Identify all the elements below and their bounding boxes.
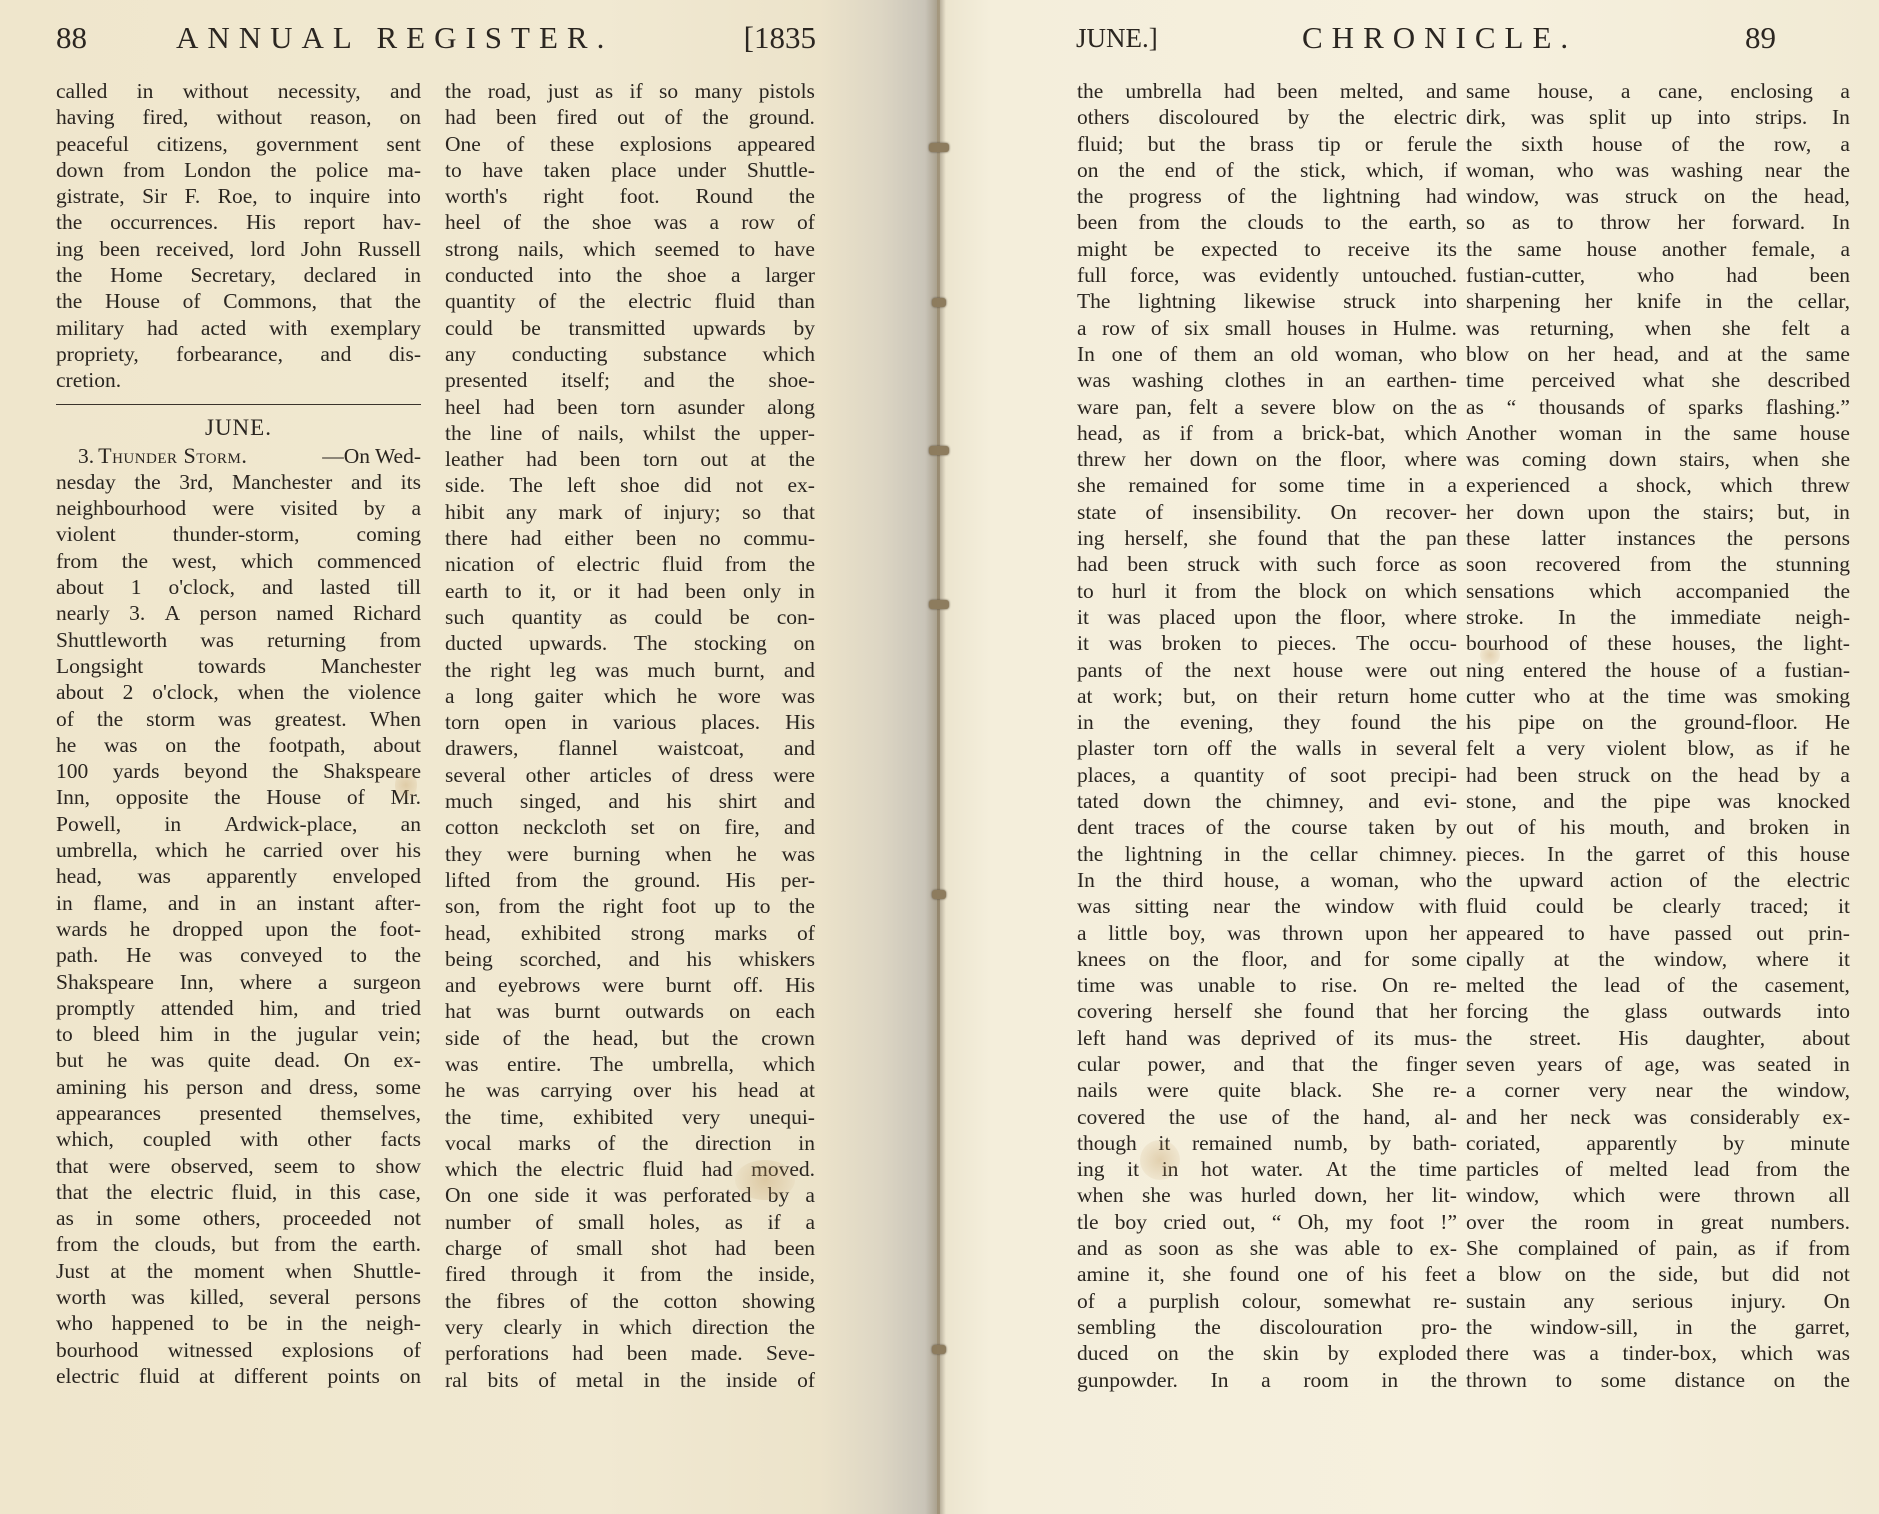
text-line: ablowontheside,butdidnot — [1466, 1261, 1850, 1287]
text-line: theprogressofthelightninghad — [1077, 183, 1457, 209]
text-line: numberofsmallholes,asifa — [445, 1209, 815, 1235]
text-line: lefthandwasdeprivedofitsmus- — [1077, 1025, 1457, 1051]
entry-title: Thunder Storm. — [98, 443, 247, 469]
column-1: calledinwithoutnecessity,andhavingfired,… — [56, 78, 421, 1389]
text-line: fromthewest,whichcommenced — [56, 548, 421, 574]
text-line: hewascarryingoverhisheadat — [445, 1077, 815, 1103]
text-line: alittleboy,wasthrownuponher — [1077, 920, 1457, 946]
page-number: 89 — [1745, 18, 1776, 58]
text-line: about1o'clock,andlastedtill — [56, 574, 421, 600]
text-line: hadbeenfiredoutoftheground. — [445, 104, 815, 130]
text-line: feltaveryviolentblow,asifhe — [1466, 735, 1850, 761]
text-line: plastertornoffthewallsinseveral — [1077, 735, 1457, 761]
text-line: anyconductingsubstancewhich — [445, 341, 815, 367]
text-line: fromtheclouds,butfromtheearth. — [56, 1231, 421, 1257]
text-line: thelineofnails,whilsttheupper- — [445, 420, 815, 446]
text-line: throwntosomedistanceonthe — [1466, 1367, 1850, 1393]
text-line: othersdiscolouredbytheelectric — [1077, 104, 1457, 130]
text-line: experiencedashock,whichthrew — [1466, 472, 1850, 498]
text-line: dirk,wassplitupintostrips.In — [1466, 104, 1850, 130]
text-line: wassittingnearthewindowwith — [1077, 893, 1457, 919]
binding-thread — [937, 0, 940, 1514]
text-line: wardshedroppeduponthefoot- — [56, 916, 421, 942]
text-line: Anotherwomaninthesamehouse — [1466, 420, 1850, 446]
text-line: arowofsixsmallhousesinHulme. — [1077, 315, 1457, 341]
text-line: couldbetransmittedupwardsby — [445, 315, 815, 341]
book-spread: 88 ANNUAL REGISTER. [1835 calledinwithou… — [0, 0, 1879, 1514]
text-line: fustian-cutter,whohadbeen — [1466, 262, 1850, 288]
text-line: cutterwhoatthetimewassmoking — [1466, 683, 1850, 709]
text-line: hadbeenstruckontheheadbya — [1466, 762, 1850, 788]
text-line: militaryhadactedwithexemplary — [56, 315, 421, 341]
text-line: beingscorched,andhiswhiskers — [445, 946, 815, 972]
text-line: side.Theleftshoedidnotex- — [445, 472, 815, 498]
text-line: thetime,exhibitedveryunequi- — [445, 1104, 815, 1130]
text-line: whohappenedtobeintheneigh- — [56, 1310, 421, 1336]
text-line: pantsofthenexthousewereout — [1077, 657, 1457, 683]
text-line: propriety,forbearance,anddis- — [56, 341, 421, 367]
text-line: itwasplaceduponthefloor,where — [1077, 604, 1457, 630]
text-line: Inn,oppositetheHouseofMr. — [56, 784, 421, 810]
text-line: soonrecoveredfromthestunning — [1466, 551, 1850, 577]
text-line: forcingtheglassoutwardsinto — [1466, 998, 1850, 1024]
text-line: thattheelectricfluid,inthiscase, — [56, 1179, 421, 1205]
text-line: asinsomeothers,proceedednot — [56, 1205, 421, 1231]
text-line: timewasunabletorise.Onre- — [1077, 972, 1457, 998]
page-number: 88 — [56, 18, 87, 58]
text-line: drawers,flannelwaistcoat,and — [445, 735, 815, 761]
text-line: thatwereobserved,seemtoshow — [56, 1153, 421, 1179]
text-line: appearancespresentedthemselves, — [56, 1100, 421, 1126]
text-line: particlesofmeltedleadfromthe — [1466, 1156, 1850, 1182]
text-line: alonggaiterwhichheworewas — [445, 683, 815, 709]
binding-knot — [932, 298, 946, 307]
text-line: worth'srightfoot.Roundthe — [445, 183, 815, 209]
text-line: therehadeitherbeennocommu- — [445, 525, 815, 551]
right-running-head: JUNE.] CHRONICLE. 89 — [1076, 18, 1776, 58]
text-line: andherneckwasconsiderablyex- — [1466, 1104, 1850, 1130]
text-line: atwork;but,ontheirreturnhome — [1077, 683, 1457, 709]
text-line: tornopeninvariousplaces.His — [445, 709, 815, 735]
text-line: theHomeSecretary,declaredin — [56, 262, 421, 288]
text-line: path.Hewasconveyedtothe — [56, 942, 421, 968]
text-line: electricfluidatdifferentpointson — [56, 1363, 421, 1389]
paper-stain — [395, 770, 417, 800]
text-line: ingbeenreceived,lordJohnRussell — [56, 236, 421, 262]
text-line: warepan,feltasevereblowonthe — [1077, 394, 1457, 420]
text-line: ningenteredthehouseofafustian- — [1466, 657, 1850, 683]
column-3: theumbrellahadbeenmelted,andothersdiscol… — [1077, 78, 1457, 1393]
text-line: bourhoodofthesehouses,thelight- — [1466, 630, 1850, 656]
text-line: meltedtheleadofthecasement, — [1466, 972, 1850, 998]
text-line: promptlyattendedhim,andtried — [56, 995, 421, 1021]
text-line: fullforce,wasevidentlyuntouched. — [1077, 262, 1457, 288]
binding-knot — [932, 890, 946, 899]
text-line: thestreet.Hisdaughter,about — [1466, 1025, 1850, 1051]
text-line: earthtoit,orithadbeenonlyin — [445, 578, 815, 604]
column-4: samehouse,acane,enclosingadirk,wassplitu… — [1466, 78, 1850, 1393]
text-line: window,wasstruckonthehead, — [1466, 183, 1850, 209]
text-line: cipallyatthewindow,whereit — [1466, 946, 1850, 972]
year-bracket: [1835 — [744, 18, 816, 58]
text-line: therightlegwasmuchburnt,and — [445, 657, 815, 683]
text-line: waswashingclothesinanearthen- — [1077, 367, 1457, 393]
text-line: amininghispersonanddress,some — [56, 1074, 421, 1100]
text-line: tobleedhiminthejugularvein; — [56, 1021, 421, 1047]
section-heading: JUNE. — [56, 413, 421, 443]
text-line: Inoneofthemanoldwoman,who — [1077, 341, 1457, 367]
text-line: whenshewashurleddown,herlit- — [1077, 1182, 1457, 1208]
text-line: wasreturning,whenshefelta — [1466, 315, 1850, 341]
text-line: fluid;butthebrasstiporferule — [1077, 131, 1457, 157]
left-running-head: 88 ANNUAL REGISTER. [1835 — [56, 18, 816, 58]
text-line: sheremainedforsometimeina — [1077, 472, 1457, 498]
text-line: appearedtohavepassedoutprin- — [1466, 920, 1850, 946]
text-line: therewasatinder-box,whichwas — [1466, 1340, 1850, 1366]
text-line: Thelightninglikewisestruckinto — [1077, 288, 1457, 314]
text-line: Inthethirdhouse,awoman,who — [1077, 867, 1457, 893]
text-line: theupwardactionoftheelectric — [1466, 867, 1850, 893]
paper-stain — [1480, 645, 1500, 665]
column-3-body-text: theumbrellahadbeenmelted,andothersdiscol… — [1077, 78, 1457, 1393]
text-line: inflame,andinaninstantafter- — [56, 890, 421, 916]
text-line: tohurlitfromtheblockonwhich — [1077, 578, 1457, 604]
text-line: heelhadbeentornasunderalong — [445, 394, 815, 420]
text-line: itwasbrokentopieces.Theoccu- — [1077, 630, 1457, 656]
text-line: ralbitsofmetalintheinsideof — [445, 1367, 815, 1393]
text-line: blowonherhead,andatthesame — [1466, 341, 1850, 367]
text-line: amineit,shefoundoneofhisfeet — [1077, 1261, 1457, 1287]
text-line: thesixthhouseoftherow,a — [1466, 131, 1850, 157]
text-line: coveringherselfshefoundthather — [1077, 998, 1457, 1024]
text-line: hewasonthefootpath,about — [56, 732, 421, 758]
text-line: theoccurrences.Hisreporthav- — [56, 209, 421, 235]
entry-number: 3. — [78, 443, 94, 469]
text-line: downfromLondonthepolicema- — [56, 157, 421, 183]
text-line: ofapurplishcolour,somewhatre- — [1077, 1288, 1457, 1314]
text-line: theHouseofCommons,thatthe — [56, 288, 421, 314]
text-line: theselatterinstancesthepersons — [1466, 525, 1850, 551]
text-line: sharpeningherknifeinthecellar, — [1466, 288, 1850, 314]
text-line: tateddownthechimney,andevi- — [1077, 788, 1457, 814]
text-line: neighbourhoodwerevisitedbya — [56, 495, 421, 521]
text-line: veryclearlyinwhichdirectionthe — [445, 1314, 815, 1340]
text-line: heeloftheshoewasarowof — [445, 209, 815, 235]
text-line: leatherhadbeentornoutatthe — [445, 446, 815, 472]
text-line: quantityoftheelectricfluidthan — [445, 288, 815, 314]
text-line: sensationswhichaccompaniedthe — [1466, 578, 1850, 604]
paper-stain — [1140, 1140, 1180, 1180]
text-line: nesdaythe3rd,Manchesterandits — [56, 469, 421, 495]
text-line: denttracesofthecoursetakenby — [1077, 814, 1457, 840]
text-line: head,asiffromabrick-bat,which — [1077, 420, 1457, 446]
text-line: timeperceivedwhatshedescribed — [1466, 367, 1850, 393]
text-line: calledinwithoutnecessity,and — [56, 78, 421, 104]
text-line: woman,whowaswashingnearthe — [1466, 157, 1850, 183]
section-divider-rule — [56, 404, 421, 405]
text-line: stroke.Intheimmediateneigh- — [1466, 604, 1850, 630]
text-line: tohavetakenplaceunderShuttle- — [445, 157, 815, 183]
text-line: presenteditself;andtheshoe- — [445, 367, 815, 393]
text-line: cretion. — [56, 367, 421, 393]
text-line: strongnails,whichseemedtohave — [445, 236, 815, 262]
text-line: hadbeenstruckwithsuchforceas — [1077, 551, 1457, 577]
text-line: ingherself,shefoundthatthepan — [1077, 525, 1457, 551]
text-line: beenfromthecloudstotheearth, — [1077, 209, 1457, 235]
text-line: herdownuponthestairs;but,in — [1466, 499, 1850, 525]
text-line: theumbrellahadbeenmelted,and — [1077, 78, 1457, 104]
text-line: thoughitremainednumb,bybath- — [1077, 1130, 1457, 1156]
text-line: muchsinged,andhisshirtand — [445, 788, 815, 814]
text-line: andassoonasshewasabletoex- — [1077, 1235, 1457, 1261]
text-line: JustatthemomentwhenShuttle- — [56, 1258, 421, 1284]
text-line: ShakspeareInn,whereasurgeon — [56, 969, 421, 995]
text-line: ductedupwards.Thestockingon — [445, 630, 815, 656]
text-line: places,aquantityofsootprecipi- — [1077, 762, 1457, 788]
text-line: ontheendofthestick,which,if — [1077, 157, 1457, 183]
text-line: threwherdownonthefloor,where — [1077, 446, 1457, 472]
text-line: stone,andthepipewasknocked — [1466, 788, 1850, 814]
text-line: thefibresofthecottonshowing — [445, 1288, 815, 1314]
running-title: ANNUAL REGISTER. — [176, 18, 613, 58]
month-bracket: JUNE.] — [1076, 18, 1158, 58]
entry-first-line: 3. Thunder Storm.—On Wed- — [56, 443, 421, 469]
text-line: pieces.Inthegarretofthishouse — [1466, 841, 1850, 867]
text-line: umbrella,whichhecarriedoverhis — [56, 837, 421, 863]
text-line: soastothrowherforward.In — [1466, 209, 1850, 235]
text-line: bourhoodwitnessedexplosionsof — [56, 1337, 421, 1363]
text-line: thelightninginthecellarchimney. — [1077, 841, 1457, 867]
text-line: perforationshadbeenmade.Seve- — [445, 1340, 815, 1366]
text-line: chargeofsmallshothadbeen — [445, 1235, 815, 1261]
text-line: nailswerequiteblack.Shere- — [1077, 1077, 1457, 1103]
column-1-top-text: calledinwithoutnecessity,andhavingfired,… — [56, 78, 421, 394]
text-line: sideofthehead,butthecrown — [445, 1025, 815, 1051]
text-line: suchquantityascouldbecon- — [445, 604, 815, 630]
entry-first-line-rest: —On Wed- — [322, 443, 421, 469]
text-line: hispipeontheground-floor.He — [1466, 709, 1850, 735]
text-line: vocalmarksofthedirectionin — [445, 1130, 815, 1156]
text-line: son,fromtherightfootuptothe — [445, 893, 815, 919]
text-line: peacefulcitizens,governmentsent — [56, 131, 421, 157]
text-line: kneesonthefloor,andforsome — [1077, 946, 1457, 972]
text-line: acornerverynearthewindow, — [1466, 1077, 1850, 1103]
text-line: sevenyearsofage,wasseatedin — [1466, 1051, 1850, 1077]
text-line: about2o'clock,whentheviolence — [56, 679, 421, 705]
text-line: tleboycriedout,“Oh,myfoot!” — [1077, 1209, 1457, 1235]
text-line: firedthroughitfromtheinside, — [445, 1261, 815, 1287]
text-line: gunpowder.Inaroominthe — [1077, 1367, 1457, 1393]
text-line: which,coupledwithotherfacts — [56, 1126, 421, 1152]
column-4-body-text: samehouse,acane,enclosingadirk,wassplitu… — [1466, 78, 1850, 1393]
text-line: nearly3.ApersonnamedRichard — [56, 600, 421, 626]
text-line: hibitanymarkofinjury;sothat — [445, 499, 815, 525]
text-line: ducedontheskinbyexploded — [1077, 1340, 1457, 1366]
text-line: thesamehouseanotherfemale,a — [1466, 236, 1850, 262]
text-line: theywereburningwhenhewas — [445, 841, 815, 867]
text-line: wasentire.Theumbrella,which — [445, 1051, 815, 1077]
binding-knot — [932, 1345, 946, 1354]
text-line: gistrate,SirF.Roe,toinquireinto — [56, 183, 421, 209]
text-line: cularpower,andthatthefinger — [1077, 1051, 1457, 1077]
text-line: LongsighttowardsManchester — [56, 653, 421, 679]
text-line: head,exhibitedstrongmarksof — [445, 920, 815, 946]
column-1-body-text: nesdaythe3rd,Manchesteranditsneighbourho… — [56, 469, 421, 1389]
text-line: violentthunder-storm,coming — [56, 521, 421, 547]
right-page: JUNE.] CHRONICLE. 89 theumbrellahadbeenm… — [946, 0, 1879, 1514]
text-line: buthewasquitedead.Onex- — [56, 1047, 421, 1073]
text-line: ingitinhotwater.Atthetime — [1077, 1156, 1457, 1182]
text-line: window,whichwerethrownall — [1466, 1182, 1850, 1208]
left-page: 88 ANNUAL REGISTER. [1835 calledinwithou… — [0, 0, 938, 1514]
text-line: thewindow-sill,inthegarret, — [1466, 1314, 1850, 1340]
text-line: semblingthediscolourationpro- — [1077, 1314, 1457, 1340]
text-line: overtheroomingreatnumbers. — [1466, 1209, 1850, 1235]
text-line: stateofinsensibility.Onrecover- — [1077, 499, 1457, 525]
text-line: intheevening,theyfoundthe — [1077, 709, 1457, 735]
text-line: samehouse,acane,enclosinga — [1466, 78, 1850, 104]
text-line: Powell,inArdwick-place,an — [56, 811, 421, 837]
text-line: Shuttleworthwasreturningfrom — [56, 627, 421, 653]
text-line: fluidcouldbeclearlytraced;it — [1466, 893, 1850, 919]
text-line: Shecomplainedofpain,asiffrom — [1466, 1235, 1850, 1261]
text-line: Oneoftheseexplosionsappeared — [445, 131, 815, 157]
text-line: conductedintotheshoealarger — [445, 262, 815, 288]
text-line: mightbeexpectedtoreceiveits — [1077, 236, 1457, 262]
text-line: nicationofelectricfluidfromthe — [445, 551, 815, 577]
text-line: liftedfromtheground.Hisper- — [445, 867, 815, 893]
text-line: severalotherarticlesofdresswere — [445, 762, 815, 788]
text-line: hatwasburntoutwardsoneach — [445, 998, 815, 1024]
text-line: cottonneckclothsetonfire,and — [445, 814, 815, 840]
text-line: andeyebrowswereburntoff.His — [445, 972, 815, 998]
text-line: theroad,justasifsomanypistols — [445, 78, 815, 104]
text-line: sustainanyseriousinjury.On — [1466, 1288, 1850, 1314]
text-line: coriated,apparentlybyminute — [1466, 1130, 1850, 1156]
text-line: worthwaskilled,severalpersons — [56, 1284, 421, 1310]
text-line: head,wasapparentlyenveloped — [56, 863, 421, 889]
paper-stain — [735, 1160, 795, 1200]
text-line: ofthestormwasgreatest.When — [56, 706, 421, 732]
text-line: outofhismouth,andbrokenin — [1466, 814, 1850, 840]
text-line: coveredtheuseofthehand,al- — [1077, 1104, 1457, 1130]
text-line: 100yardsbeyondtheShakspeare — [56, 758, 421, 784]
text-line: wascomingdownstairs,whenshe — [1466, 446, 1850, 472]
text-line: as“thousandsofsparksflashing.” — [1466, 394, 1850, 420]
running-title: CHRONICLE. — [1302, 18, 1577, 58]
text-line: havingfired,withoutreason,on — [56, 104, 421, 130]
